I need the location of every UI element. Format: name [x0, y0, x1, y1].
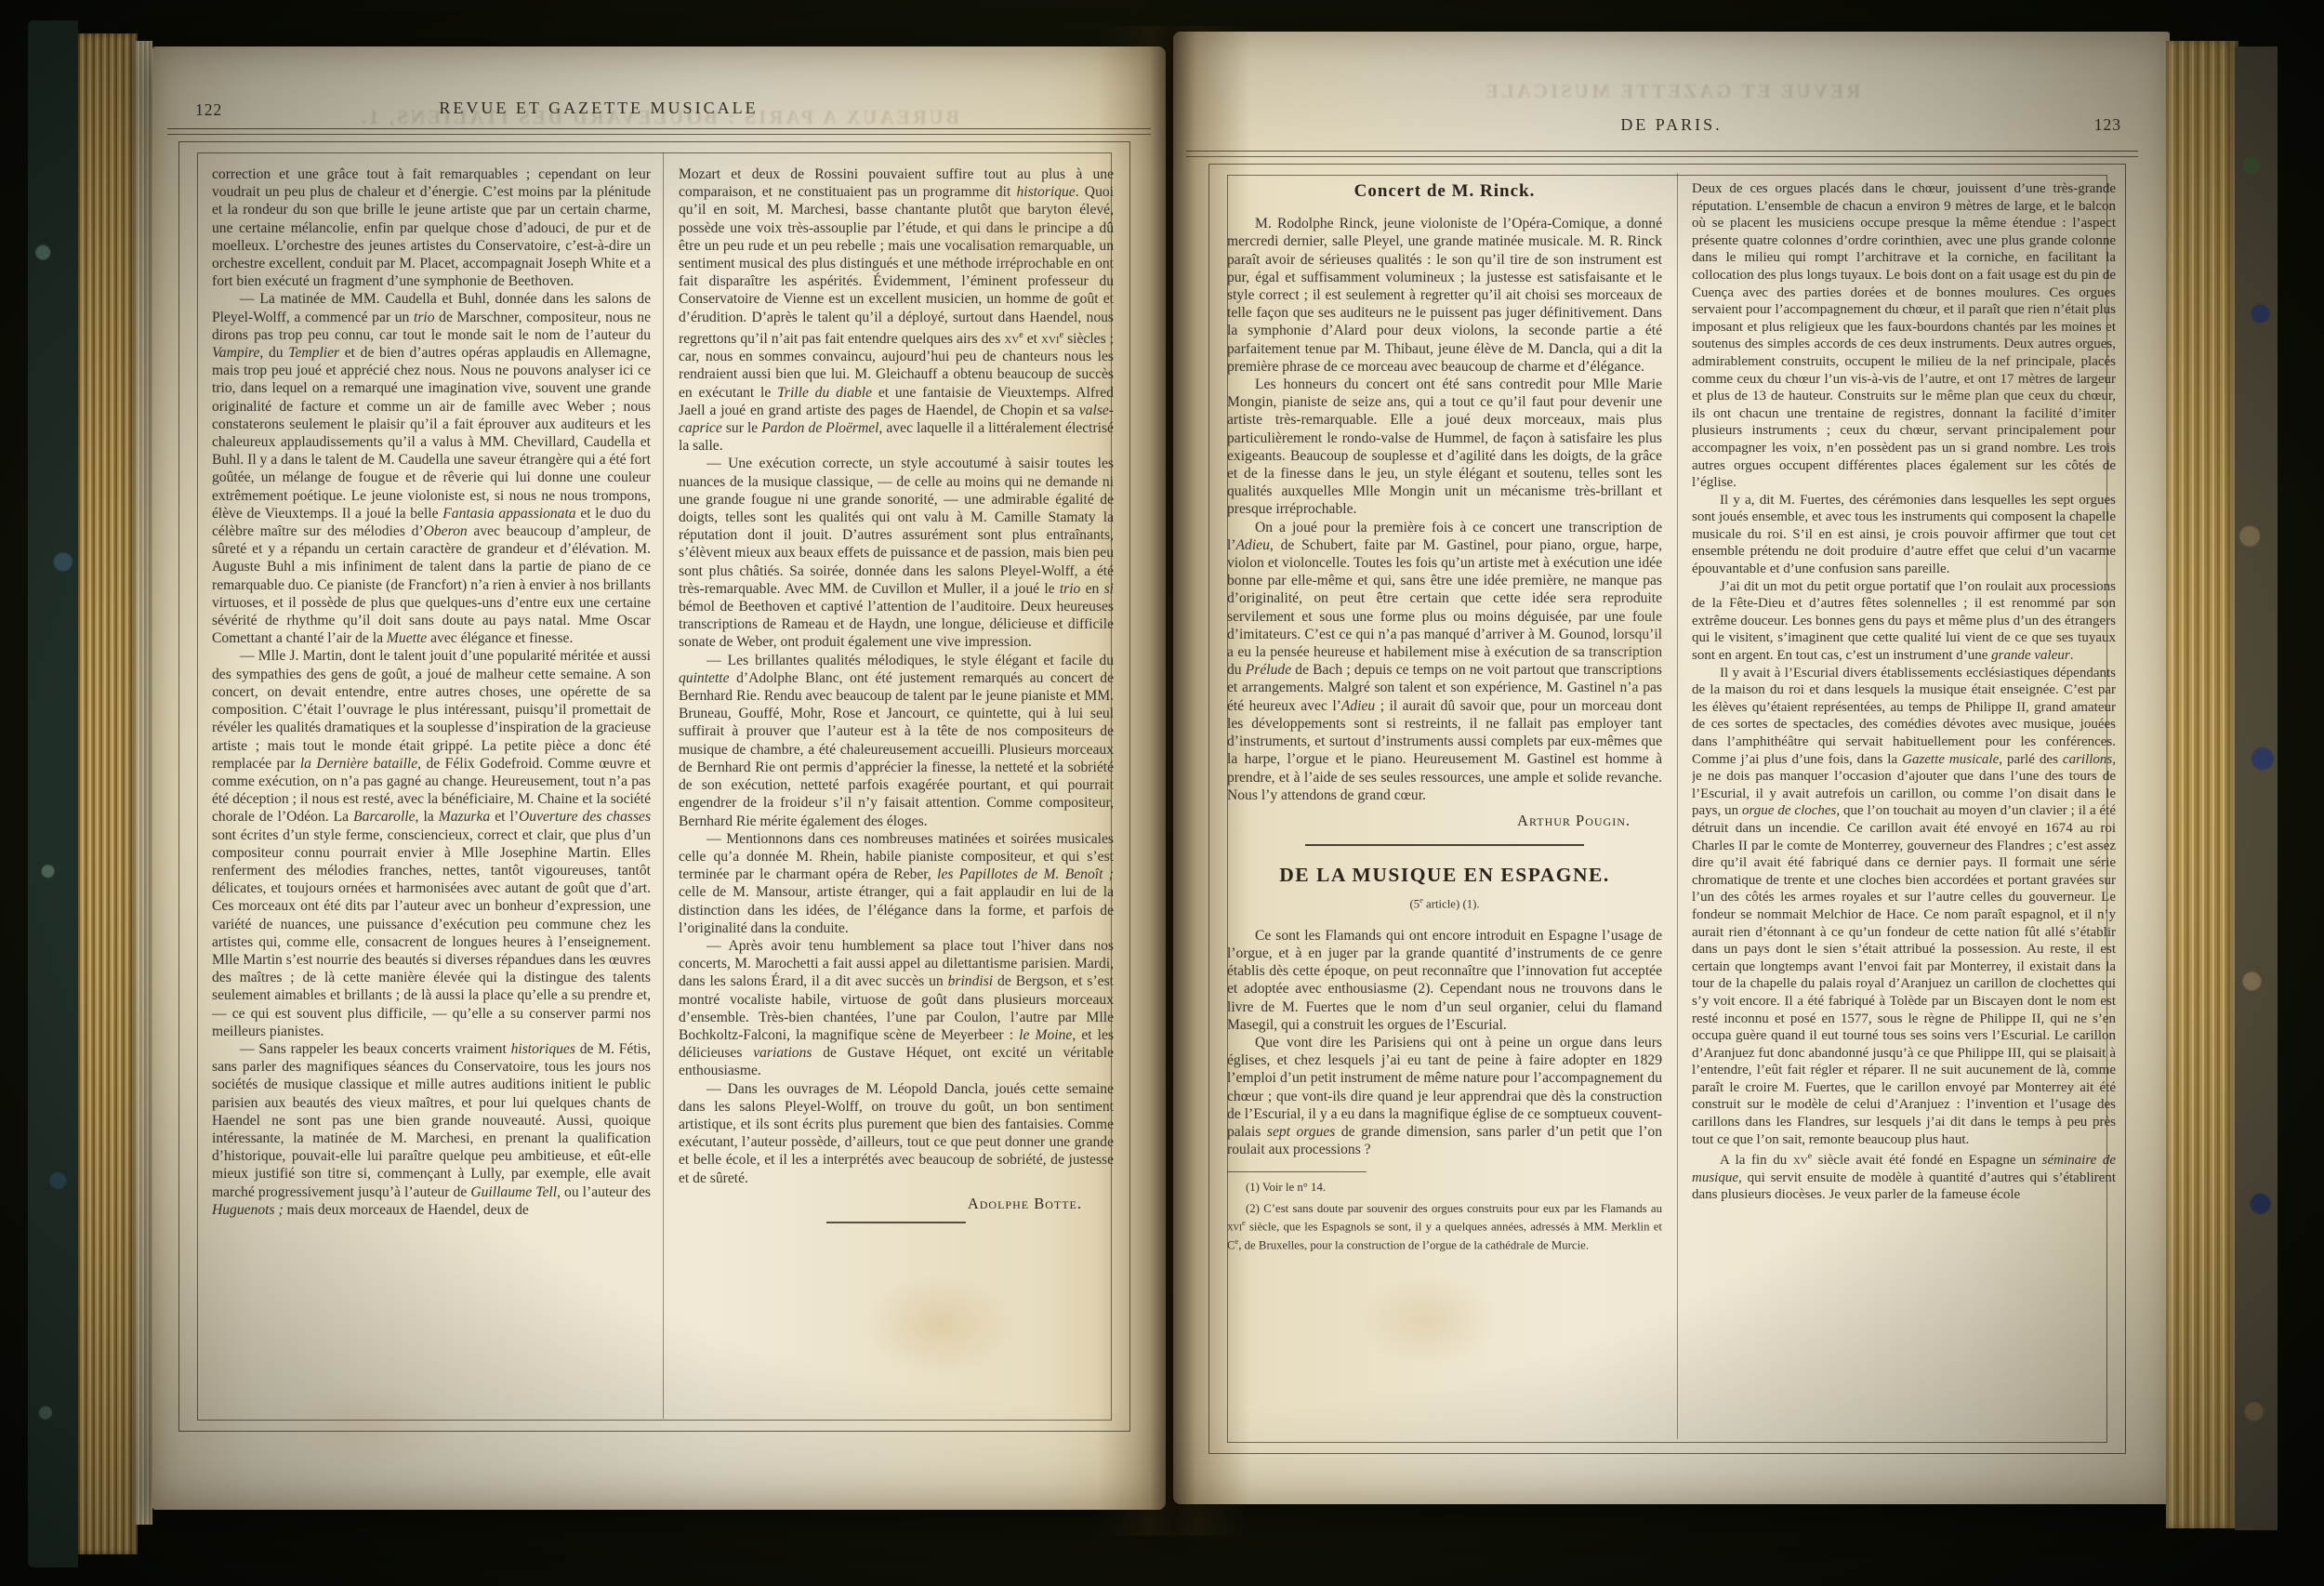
- paragraph: Deux de ces orgues placés dans le chœur,…: [1692, 180, 2116, 492]
- article2-paragraphs: Ce sont les Flamands qui ont encore intr…: [1227, 927, 1662, 1159]
- article-title-concert-rinck: Concert de M. Rinck.: [1227, 182, 1662, 200]
- paragraph: — Mentionnons dans ces nombreuses matiné…: [679, 830, 1114, 937]
- paragraph: — Après avoir tenu humblement sa place t…: [679, 937, 1114, 1080]
- paragraph: (2) C’est sans doute par souvenir des or…: [1227, 1201, 1662, 1253]
- paragraph: J’ai dit un mot du petit orgue portatif …: [1692, 578, 2116, 665]
- signature-pougin: Arthur Pougin.: [1227, 812, 1662, 829]
- article-end-rule-right: [1305, 844, 1584, 846]
- book-cover-left: [28, 20, 78, 1567]
- article-end-rule-left: [826, 1222, 966, 1223]
- section-subtitle: (5e article) (1).: [1227, 892, 1662, 913]
- left-page-column-2: Mozart et deux de Rossini pouvaient suff…: [679, 165, 1114, 1402]
- page-number-right: 123: [2094, 115, 2121, 135]
- paragraph: — Sans rappeler les beaux concerts vraim…: [212, 1040, 651, 1219]
- running-title-left: REVUE ET GAZETTE MUSICALE: [152, 99, 1045, 118]
- book-photo: BUREAUX A PARIS : BOULEVARD DES ITALIENS…: [0, 0, 2324, 1586]
- paragraph: correction et une grâce tout à fait rema…: [212, 165, 651, 290]
- paragraph: Ce sont les Flamands qui ont encore intr…: [1227, 927, 1662, 1034]
- header-rule-left: [167, 128, 1151, 135]
- footnote-rule: [1227, 1171, 1367, 1172]
- right-page-column-1: Concert de M. Rinck. M. Rodolphe Rinck, …: [1227, 180, 1662, 1426]
- right-page-column-2: Deux de ces orgues placés dans le chœur,…: [1692, 180, 2116, 1426]
- section-title-musique-espagne: DE LA MUSIQUE EN ESPAGNE.: [1227, 866, 1662, 884]
- paragraph: On a joué pour la première fois à ce con…: [1227, 519, 1662, 804]
- footnotes: (1) Voir le n° 14.(2) C’est sans doute p…: [1227, 1180, 1662, 1252]
- paragraph: — La matinée de MM. Caudella et Buhl, do…: [212, 290, 651, 647]
- page-leaf-stack-left: [136, 41, 152, 1525]
- gilt-fore-edge-right: [2166, 41, 2238, 1528]
- column-divider-right: [1677, 173, 1678, 1439]
- bleedthrough-text-right: REVUE ET GAZETTE MUSICALE: [1173, 80, 2170, 103]
- paragraph: Il y avait à l’Escurial divers établisse…: [1692, 665, 2116, 1149]
- page-left: BUREAUX A PARIS : BOULEVARD DES ITALIENS…: [152, 46, 1166, 1510]
- paragraph: A la fin du xve siècle avait été fondé e…: [1692, 1148, 2116, 1204]
- signature-botte: Adolphe Botte.: [679, 1195, 1114, 1212]
- paragraph: Mozart et deux de Rossini pouvaient suff…: [679, 165, 1114, 455]
- left-page-column-1: correction et une grâce tout à fait rema…: [212, 165, 651, 1393]
- paragraph: Les honneurs du concert ont été sans con…: [1227, 376, 1662, 519]
- article1-paragraphs: M. Rodolphe Rinck, jeune violoniste de l…: [1227, 215, 1662, 804]
- book-cover-right: [2235, 46, 2278, 1530]
- column-divider-left: [663, 152, 664, 1419]
- page-right: REVUE ET GAZETTE MUSICALE DE PARIS. 123 …: [1173, 32, 2170, 1504]
- left-column-2-paragraphs: Mozart et deux de Rossini pouvaient suff…: [679, 165, 1114, 1187]
- header-rule-right: [1186, 151, 2138, 157]
- paragraph: — Mlle J. Martin, dont le talent jouit d…: [212, 647, 651, 1039]
- running-title-right: DE PARIS.: [1173, 115, 2170, 135]
- gilt-page-edges-left: [78, 33, 138, 1554]
- paragraph: (1) Voir le n° 14.: [1227, 1180, 1662, 1195]
- paragraph: — Les brillantes qualités mélodiques, le…: [679, 652, 1114, 830]
- paragraph: Il y a, dit M. Fuertes, des cérémonies d…: [1692, 492, 2116, 578]
- paragraph: M. Rodolphe Rinck, jeune violoniste de l…: [1227, 215, 1662, 376]
- paragraph: — Une exécution correcte, un style accou…: [679, 455, 1114, 651]
- paragraph: Que vont dire les Parisiens qui ont à pe…: [1227, 1034, 1662, 1158]
- paragraph: — Dans les ouvrages de M. Léopold Dancla…: [679, 1080, 1114, 1187]
